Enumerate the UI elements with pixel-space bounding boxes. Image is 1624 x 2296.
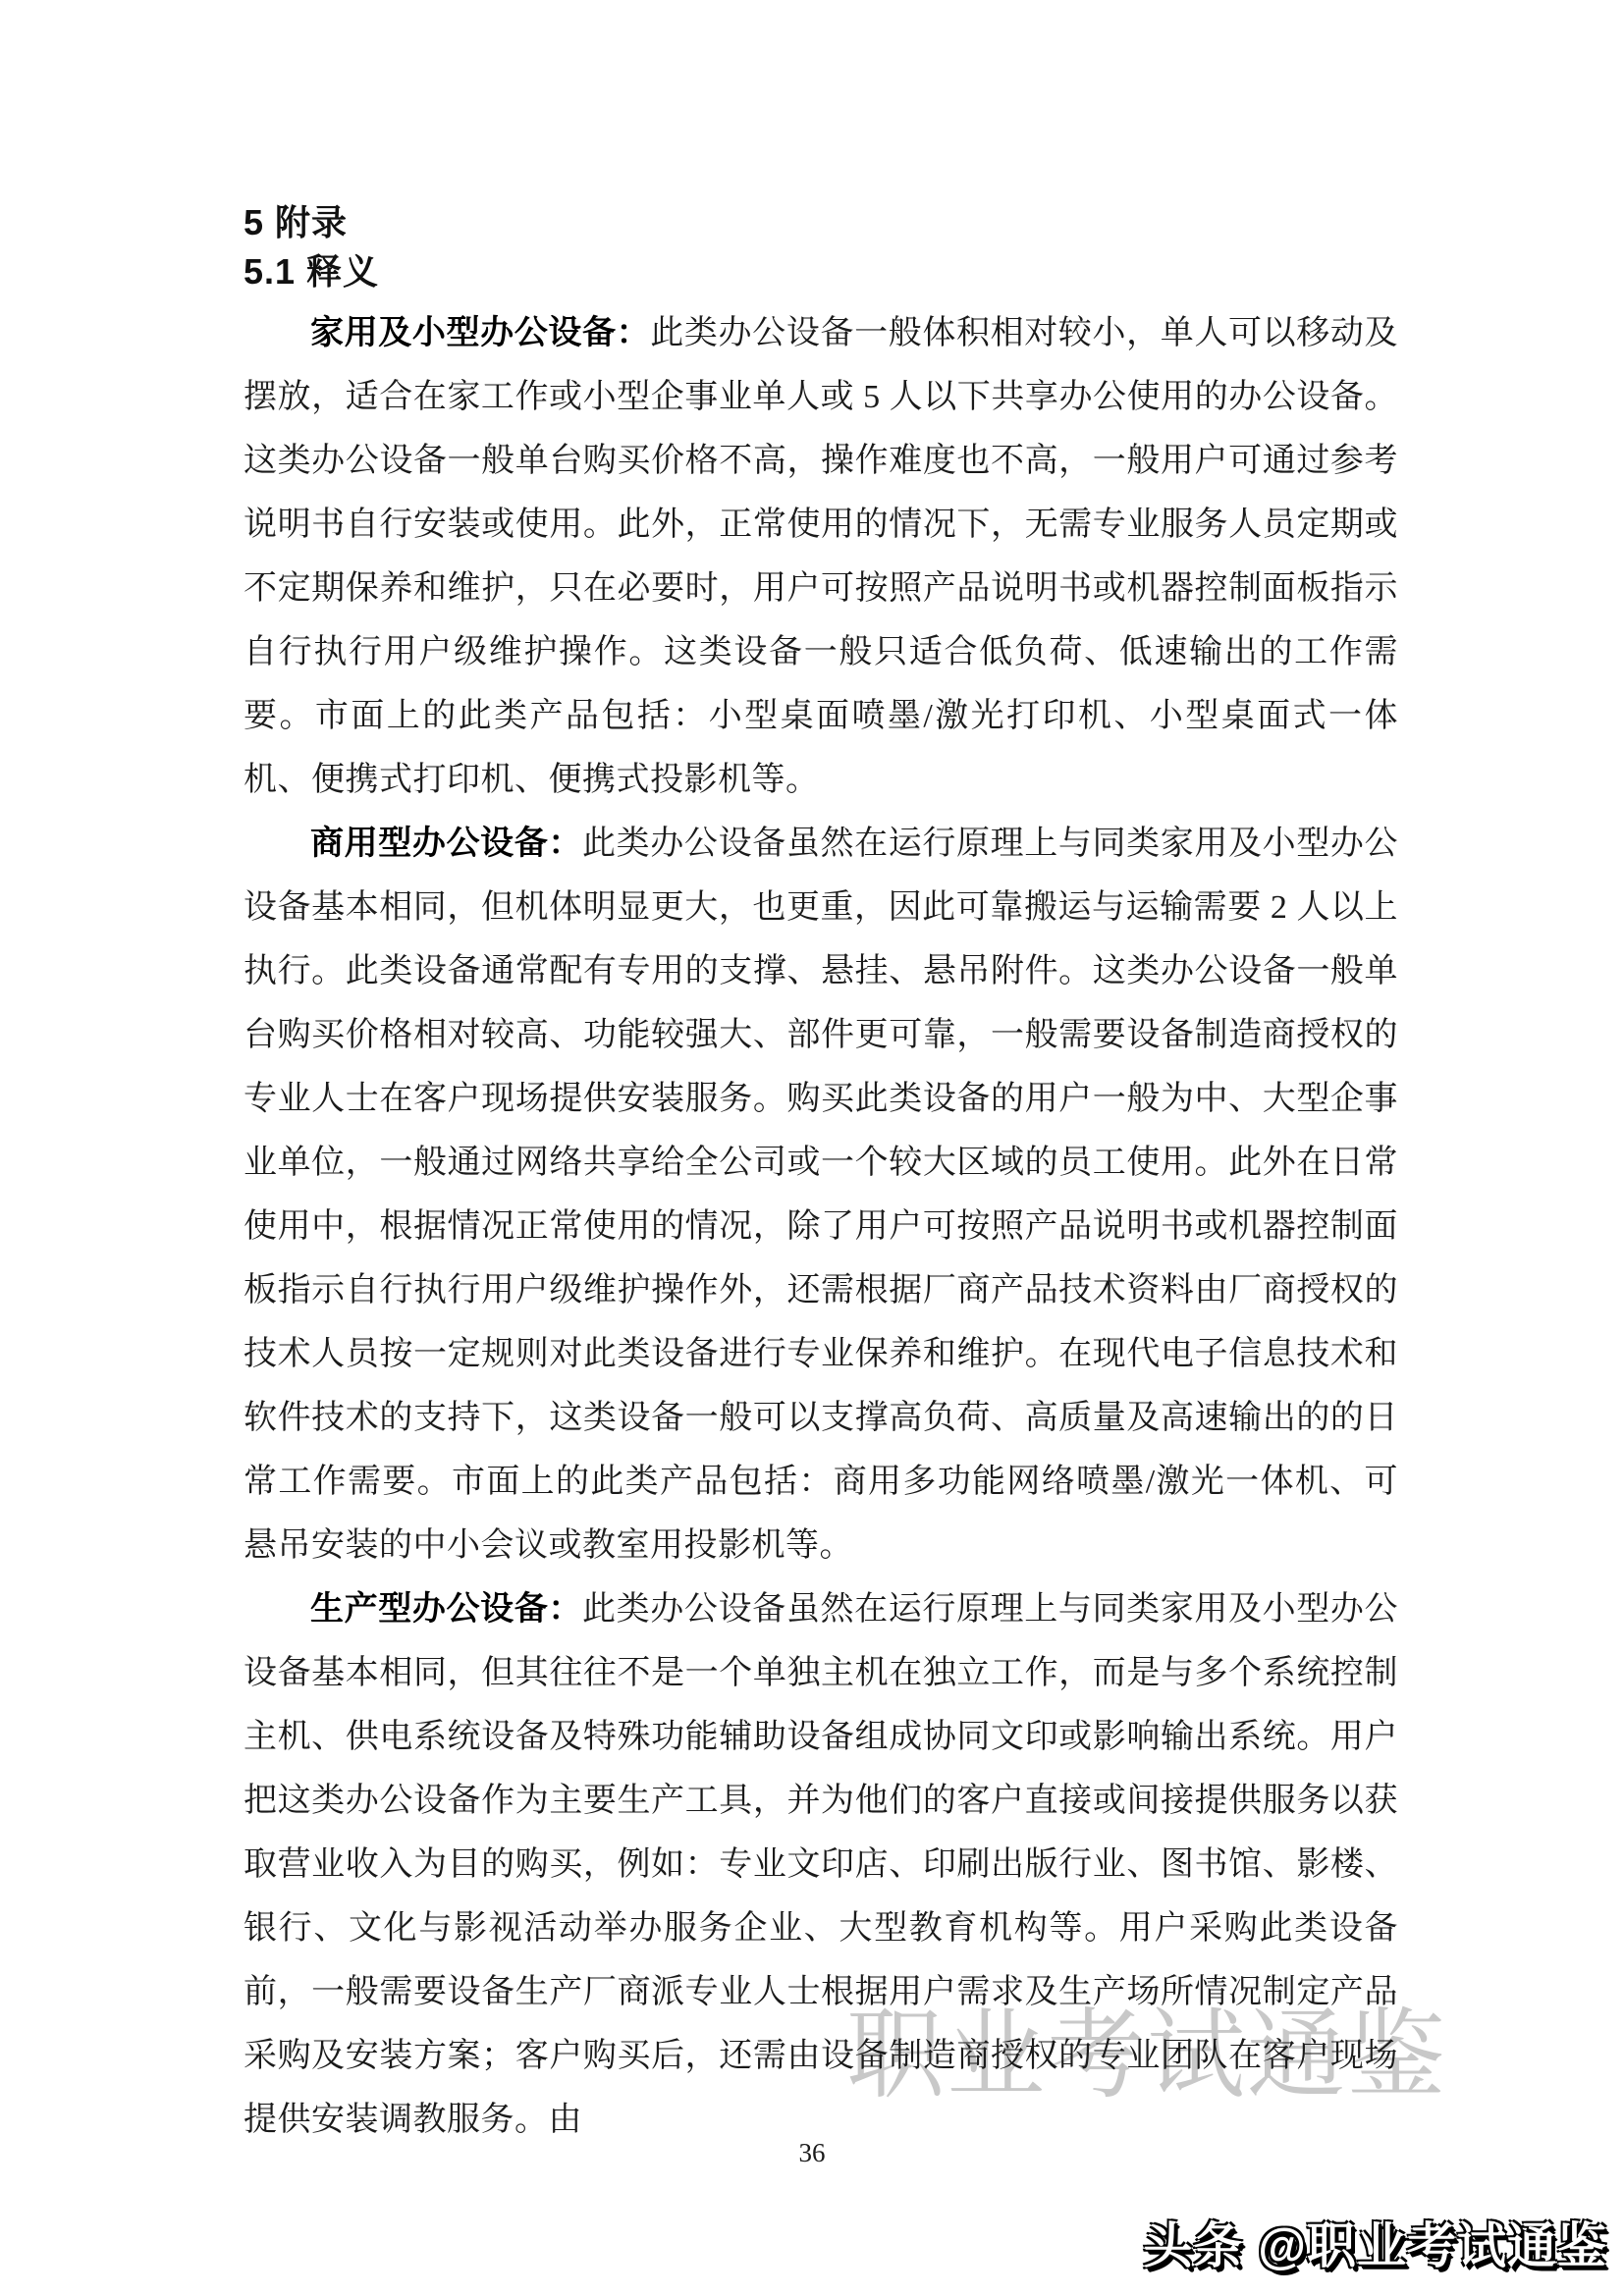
page-number: 36 xyxy=(0,2138,1624,2168)
subsection-heading: 5.1 释义 xyxy=(244,247,1398,296)
paragraph-production-office-equipment: 生产型办公设备：此类办公设备虽然在运行原理上与同类家用及小型办公设备基本相同，但… xyxy=(244,1577,1398,2152)
paragraph-body-production-office: 此类办公设备虽然在运行原理上与同类家用及小型办公设备基本相同，但其往往不是一个单… xyxy=(244,1591,1398,2138)
paragraph-body-commercial-office: 此类办公设备虽然在运行原理上与同类家用及小型办公设备基本相同，但机体明显更大，也… xyxy=(244,826,1398,1564)
document-page: 职业考试通鉴 5 附录 5.1 释义 家用及小型办公设备：此类办公设备一般体积相… xyxy=(0,0,1624,2296)
paragraph-body-home-small-office: 此类办公设备一般体积相对较小，单人可以移动及摆放，适合在家工作或小型企事业单人或… xyxy=(244,315,1398,798)
paragraph-lead-commercial-office: 商用型办公设备： xyxy=(310,826,582,862)
paragraph-lead-home-small-office: 家用及小型办公设备： xyxy=(310,315,650,351)
footer-credit: 头条 @职业考试通鉴 xyxy=(1143,2207,1607,2277)
section-heading: 5 附录 xyxy=(244,198,1398,247)
document-content: 5 附录 5.1 释义 家用及小型办公设备：此类办公设备一般体积相对较小，单人可… xyxy=(244,198,1398,2152)
paragraph-lead-production-office: 生产型办公设备： xyxy=(310,1591,582,1628)
paragraph-home-small-office-equipment: 家用及小型办公设备：此类办公设备一般体积相对较小，单人可以移动及摆放，适合在家工… xyxy=(244,301,1398,812)
paragraph-commercial-office-equipment: 商用型办公设备：此类办公设备虽然在运行原理上与同类家用及小型办公设备基本相同，但… xyxy=(244,812,1398,1577)
body-text: 家用及小型办公设备：此类办公设备一般体积相对较小，单人可以移动及摆放，适合在家工… xyxy=(244,301,1398,2152)
